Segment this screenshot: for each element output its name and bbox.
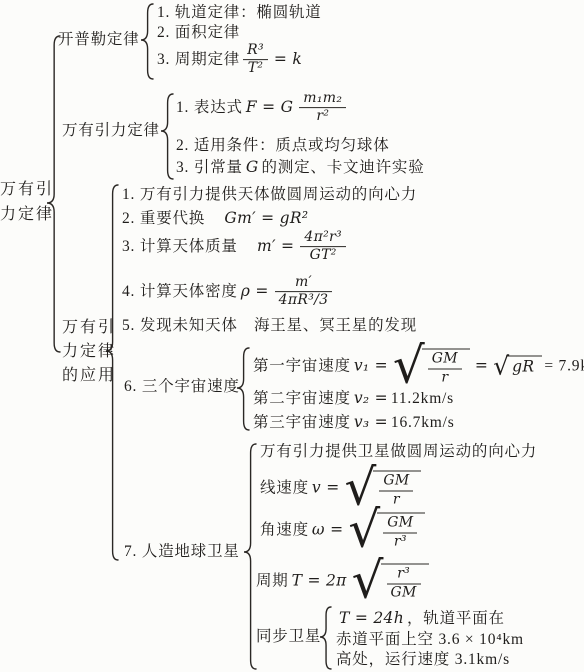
math-segment: ω =	[309, 521, 346, 539]
label-application-line3: 的应用	[62, 364, 116, 388]
row-kepler-area-law: 2. 面积定律	[157, 24, 240, 42]
math-segment: v₃ =	[351, 414, 391, 432]
fraction-denominator: r	[379, 491, 413, 507]
square-root: √gR	[493, 356, 542, 377]
label-application-line2: 力定律	[62, 340, 116, 364]
text-segment: 1. 表达式	[176, 99, 243, 117]
text-segment: 周期	[256, 572, 289, 590]
row-newton-conditions: 2. 适用条件：质点或均匀球体	[176, 137, 390, 155]
row-sync-line1: T = 24h，轨道平面在	[336, 610, 505, 628]
text-segment: 的测定、卡文迪许实验	[262, 159, 425, 177]
math-segment: Gm′ = gR²	[221, 210, 311, 228]
math-segment: m′ =	[254, 238, 297, 256]
row-app-centripetal: 1. 万有引力提供天体做圆周运动的向心力	[122, 186, 417, 204]
fraction: 4π²r³GT²	[300, 230, 346, 264]
radical-sign: √	[348, 511, 380, 550]
text-segment: 2. 重要代换	[122, 210, 221, 228]
fraction-numerator: 4π²r³	[300, 230, 346, 247]
fraction-numerator: GM	[383, 516, 417, 533]
text-segment: 第三宇宙速度	[253, 414, 351, 432]
label-artificial-satellite: 7. 人造地球卫星	[124, 543, 240, 561]
brace-newton	[161, 94, 173, 179]
fraction-numerator: GM	[428, 352, 462, 369]
label-root: 万有引 力定律	[0, 177, 54, 227]
row-kepler-orbit-law: 1. 轨道定律：椭圆轨道	[157, 4, 322, 22]
text-segment: 4. 计算天体密度	[122, 283, 238, 301]
square-root: √GMr³	[348, 511, 425, 550]
fraction-denominator: r³	[383, 533, 417, 549]
text-segment: 3. 引常量	[176, 159, 243, 177]
math-segment: = k	[271, 51, 305, 69]
row-satellite-period: 周期T = 2π√r³GM	[256, 562, 431, 601]
row-app-substitution: 2. 重要代换 Gm′ = gR²	[122, 210, 311, 228]
radical-sign: √	[352, 562, 384, 601]
math-segment: G	[243, 159, 262, 177]
text-segment: 3. 周期定律	[157, 51, 240, 69]
row-satellite-centripetal: 万有引力提供卫星做圆周运动的向心力	[260, 443, 537, 461]
row-satellite-linear-velocity: 线速度v =√GMr	[260, 469, 423, 508]
radicand: r³GM	[381, 564, 429, 601]
label-root-line2: 力定律	[0, 202, 54, 227]
row-third-cosmic-velocity: 第三宇宙速度v₃ =16.7km/s	[253, 414, 455, 432]
label-cosmic-velocities: 6. 三个宇宙速度	[124, 378, 240, 396]
math-segment: ρ =	[238, 283, 272, 301]
brace-sync	[320, 607, 331, 669]
radicand: GMr³	[377, 513, 425, 550]
label-application: 万有引 力定律 的应用	[62, 316, 116, 388]
text-segment: 线速度	[260, 479, 309, 497]
text-segment: 11.2km/s	[391, 390, 454, 408]
label-kepler: 开普勒定律	[58, 31, 140, 49]
text-segment: 角速度	[260, 521, 309, 539]
radicand: gR	[506, 356, 542, 377]
row-sync-line3: 高处，运行速度 3.1km/s	[336, 651, 510, 669]
fraction-numerator: m′	[275, 275, 333, 292]
math-segment: =	[472, 357, 491, 375]
fraction-denominator: T²	[243, 61, 268, 77]
fraction-numerator: R³	[243, 43, 268, 60]
label-application-line1: 万有引	[62, 316, 116, 340]
row-kepler-period-law: 3. 周期定律R³T²= k	[157, 43, 305, 77]
row-newton-constant: 3. 引常量G的测定、卡文迪许实验	[176, 159, 425, 177]
text-segment: 万有引力提供卫星做圆周运动的向心力	[260, 443, 537, 461]
fraction: GMr³	[383, 516, 417, 550]
text-segment: 1. 万有引力提供天体做圆周运动的向心力	[122, 186, 417, 204]
row-app-discover: 5. 发现未知天体 海王星、冥王星的发现	[122, 317, 417, 335]
text-segment: ，轨道平面在	[407, 610, 505, 628]
row-app-mass: 3. 计算天体质量 m′ =4π²r³GT²	[122, 230, 349, 264]
label-newton: 万有引力定律	[62, 122, 160, 140]
square-root: √r³GM	[352, 562, 429, 601]
math-segment: T = 24h	[336, 610, 407, 628]
text-segment: 1. 轨道定律：椭圆轨道	[157, 4, 322, 22]
text-segment: 第二宇宙速度	[253, 390, 351, 408]
brace-satellite	[244, 444, 256, 669]
fraction-numerator: m₁m₂	[299, 91, 346, 108]
fraction-denominator: r	[428, 369, 462, 385]
math-segment: v =	[309, 479, 343, 497]
row-satellite-angular-velocity: 角速度ω =√GMr³	[260, 511, 427, 550]
brace-kepler	[141, 4, 153, 79]
fraction: GMr	[379, 474, 413, 508]
fraction-denominator: r²	[299, 109, 346, 125]
text-segment: = 7.9km/s	[544, 357, 584, 375]
square-root: √GMr	[393, 347, 470, 386]
row-sync-line2: 赤道平面上空 3.6 × 10⁴km	[336, 631, 524, 649]
radical-sign: √	[393, 347, 425, 386]
math-segment: gR	[509, 359, 537, 377]
row-first-cosmic-velocity: 第一宇宙速度v₁ =√GMr=√gR= 7.9km/s	[253, 347, 584, 386]
fraction: m₁m₂r²	[299, 91, 346, 125]
fraction-numerator: r³	[387, 567, 421, 584]
radicand: GMr	[373, 471, 421, 508]
text-segment: 赤道平面上空 3.6 × 10⁴km	[336, 631, 524, 649]
fraction-denominator: 4πR³/3	[275, 293, 333, 309]
fraction-denominator: GT²	[300, 248, 346, 264]
fraction: m′4πR³/3	[275, 275, 333, 309]
math-segment: v₁ =	[351, 357, 391, 375]
row-second-cosmic-velocity: 第二宇宙速度v₂ =11.2km/s	[253, 390, 454, 408]
fraction: r³GM	[387, 567, 421, 601]
radicand: GMr	[422, 349, 470, 386]
text-segment: 3. 计算天体质量	[122, 238, 254, 256]
fraction-denominator: GM	[387, 584, 421, 600]
math-segment: v₂ =	[351, 390, 391, 408]
fraction: GMr	[428, 352, 462, 386]
text-segment: 2. 适用条件：质点或均匀球体	[176, 137, 390, 155]
fraction-numerator: GM	[379, 474, 413, 491]
fraction: R³T²	[243, 43, 268, 77]
label-sync-satellite: 同步卫星	[256, 628, 321, 646]
text-segment: 第一宇宙速度	[253, 357, 351, 375]
concept-map: 万有引 力定律 开普勒定律 1. 轨道定律：椭圆轨道 2. 面积定律 3. 周期…	[0, 0, 584, 672]
row-app-density: 4. 计算天体密度ρ =m′4πR³/3	[122, 275, 335, 309]
math-segment: T = 2π	[289, 572, 350, 590]
row-newton-expression: 1. 表达式F = Gm₁m₂r²	[176, 91, 349, 125]
text-segment: 2. 面积定律	[157, 24, 240, 42]
math-segment: F = G	[243, 99, 296, 117]
text-segment: 5. 发现未知天体 海王星、冥王星的发现	[122, 317, 417, 335]
label-root-line1: 万有引	[0, 177, 54, 202]
text-segment: 高处，运行速度 3.1km/s	[336, 651, 510, 669]
text-segment: 16.7km/s	[391, 414, 455, 432]
